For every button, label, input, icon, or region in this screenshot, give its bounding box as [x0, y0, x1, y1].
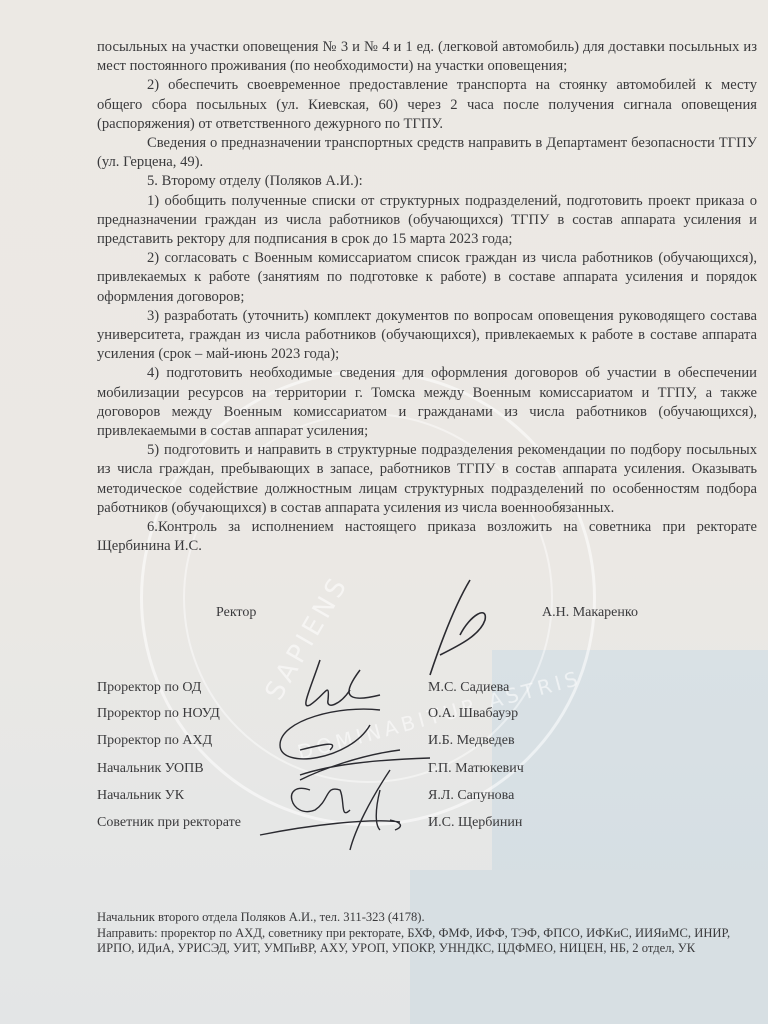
- paragraph: 5. Второму отделу (Поляков А.И.):: [97, 172, 757, 191]
- signatory-title: Проректор по АХД: [97, 733, 212, 749]
- rector-title: Ректор: [216, 605, 256, 621]
- signatory-name: Я.Л. Сапунова: [428, 788, 514, 804]
- paragraph: Сведения о предназначении транспортных с…: [97, 134, 757, 172]
- signatory-title: Начальник УК: [97, 788, 184, 804]
- paragraph: 4) подготовить необходимые сведения для …: [97, 364, 757, 441]
- paragraph: 2) согласовать с Военным комиссариатом с…: [97, 249, 757, 307]
- document-footer: Начальник второго отдела Поляков А.И., т…: [97, 910, 737, 957]
- signatories-handwritten-signatures-icon: [240, 650, 440, 860]
- paragraph: 1) обобщить полученные списки от структу…: [97, 192, 757, 250]
- rector-name: А.Н. Макаренко: [542, 605, 638, 621]
- paragraph: 2) обеспечить своевременное предоставлен…: [97, 76, 757, 134]
- signatory-title: Начальник УОПВ: [97, 761, 204, 777]
- paragraph: посыльных на участки оповещения № 3 и № …: [97, 38, 757, 76]
- signatory-title: Проректор по ОД: [97, 680, 201, 696]
- signatory-name: М.С. Садиева: [428, 680, 509, 696]
- paragraph: 5) подготовить и направить в структурные…: [97, 441, 757, 518]
- distribution-list: Направить: проректор по АХД, советнику п…: [97, 926, 737, 957]
- signatory-name: Г.П. Матюкевич: [428, 761, 524, 777]
- paragraph: 6.Контроль за исполнением настоящего при…: [97, 518, 757, 556]
- paragraph: 3) разработать (уточнить) комплект докум…: [97, 307, 757, 365]
- signatory-title: Проректор по НОУД: [97, 706, 220, 722]
- signatory-title: Советник при ректорате: [97, 815, 241, 831]
- signatory-name: О.А. Швабауэр: [428, 706, 518, 722]
- signatory-name: И.Б. Медведев: [428, 733, 515, 749]
- signatory-name: И.С. Щербинин: [428, 815, 522, 831]
- document-body: посыльных на участки оповещения № 3 и № …: [97, 38, 757, 556]
- executor-line: Начальник второго отдела Поляков А.И., т…: [97, 910, 737, 926]
